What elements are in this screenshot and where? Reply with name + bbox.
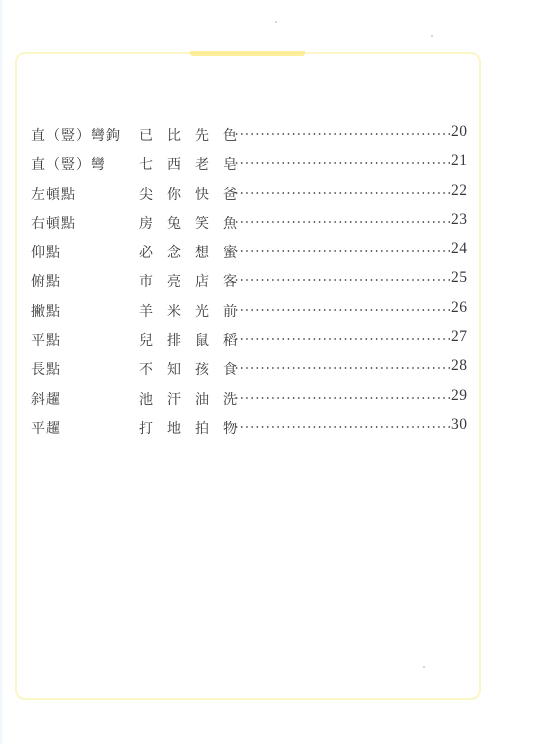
dot-leader	[234, 367, 451, 369]
toc-entry[interactable]: 斜趯 池 汗 油 洗 29	[0, 386, 534, 415]
example-char: 排	[167, 330, 195, 350]
stroke-name: 撇點	[31, 301, 61, 321]
stroke-name: 仰點	[31, 242, 61, 262]
example-char: 稻	[223, 330, 251, 350]
page-number: 25	[451, 269, 468, 287]
example-char: 西	[167, 154, 195, 174]
example-characters: 不 知 孩 食	[139, 359, 251, 379]
dot-leader	[234, 279, 451, 281]
example-characters: 打 地 拍 物	[139, 418, 251, 438]
dot-leader	[234, 397, 451, 399]
toc-entry[interactable]: 直（豎）彎 七 西 老 皂 21	[0, 151, 534, 180]
dot-leader	[234, 309, 451, 311]
dot-leader	[234, 250, 451, 252]
example-char: 魚	[223, 213, 251, 233]
toc-entry[interactable]: 俯點 市 亮 店 客 25	[0, 268, 534, 297]
example-characters: 市 亮 店 客	[139, 271, 251, 291]
example-char: 物	[223, 418, 251, 438]
example-char: 店	[195, 271, 223, 291]
example-char: 蜜	[223, 242, 251, 262]
example-char: 先	[195, 125, 223, 145]
example-char: 快	[195, 184, 223, 204]
example-char: 比	[167, 125, 195, 145]
example-char: 必	[139, 242, 167, 262]
example-char: 地	[167, 418, 195, 438]
example-char: 油	[195, 389, 223, 409]
example-char: 你	[167, 184, 195, 204]
example-char: 打	[139, 418, 167, 438]
example-char: 念	[167, 242, 195, 262]
example-char: 尖	[139, 184, 167, 204]
example-char: 笑	[195, 213, 223, 233]
example-characters: 池 汗 油 洗	[139, 389, 251, 409]
example-char: 想	[195, 242, 223, 262]
example-char: 兒	[139, 330, 167, 350]
page-number: 29	[451, 387, 468, 405]
stroke-name: 直（豎）彎鉤	[31, 125, 121, 145]
example-char: 亮	[167, 271, 195, 291]
example-char: 池	[139, 389, 167, 409]
frame-top-tab	[190, 51, 305, 56]
example-characters: 房 兔 笑 魚	[139, 213, 251, 233]
page-number: 20	[451, 123, 468, 141]
example-char: 客	[223, 271, 251, 291]
stroke-name: 長點	[31, 359, 61, 379]
example-characters: 尖 你 快 爸	[139, 184, 251, 204]
example-char: 老	[195, 154, 223, 174]
stroke-name: 俯點	[31, 271, 61, 291]
example-char: 市	[139, 271, 167, 291]
dot-leader	[234, 192, 451, 194]
example-characters: 羊 米 光 前	[139, 301, 251, 321]
toc-entry[interactable]: 長點 不 知 孩 食 28	[0, 356, 534, 385]
page-number: 27	[451, 328, 468, 346]
scan-speck	[431, 35, 433, 37]
example-char: 皂	[223, 154, 251, 174]
stroke-name: 右頓點	[31, 213, 76, 233]
page-number: 26	[451, 299, 468, 317]
stroke-name: 平趯	[31, 418, 61, 438]
example-characters: 七 西 老 皂	[139, 154, 251, 174]
toc-entry[interactable]: 平點 兒 排 鼠 稻 27	[0, 327, 534, 356]
example-char: 色	[223, 125, 251, 145]
toc-entry[interactable]: 仰點 必 念 想 蜜 24	[0, 239, 534, 268]
example-char: 米	[167, 301, 195, 321]
example-characters: 必 念 想 蜜	[139, 242, 251, 262]
toc-entry[interactable]: 平趯 打 地 拍 物 30	[0, 415, 534, 444]
example-characters: 兒 排 鼠 稻	[139, 330, 251, 350]
example-char: 不	[139, 359, 167, 379]
stroke-name: 直（豎）彎	[31, 154, 106, 174]
toc-entry[interactable]: 左頓點 尖 你 快 爸 22	[0, 181, 534, 210]
scan-speck	[275, 21, 277, 23]
page-number: 28	[451, 357, 468, 375]
example-char: 兔	[167, 213, 195, 233]
toc-entry[interactable]: 右頓點 房 兔 笑 魚 23	[0, 210, 534, 239]
stroke-name: 平點	[31, 330, 61, 350]
example-char: 已	[139, 125, 167, 145]
example-characters: 已 比 先 色	[139, 125, 251, 145]
dot-leader	[234, 426, 451, 428]
table-of-contents: 直（豎）彎鉤 已 比 先 色 20 直（豎）彎 七 西 老 皂 21 左頓點 尖…	[0, 122, 534, 444]
dot-leader	[234, 133, 451, 135]
example-char: 七	[139, 154, 167, 174]
dot-leader	[234, 221, 451, 223]
page-number: 21	[451, 152, 468, 170]
example-char: 拍	[195, 418, 223, 438]
toc-entry[interactable]: 撇點 羊 米 光 前 26	[0, 298, 534, 327]
dot-leader	[234, 162, 451, 164]
stroke-name: 斜趯	[31, 389, 61, 409]
scan-speck	[423, 666, 425, 668]
example-char: 知	[167, 359, 195, 379]
toc-entry[interactable]: 直（豎）彎鉤 已 比 先 色 20	[0, 122, 534, 151]
stroke-name: 左頓點	[31, 184, 76, 204]
example-char: 洗	[223, 389, 251, 409]
example-char: 鼠	[195, 330, 223, 350]
example-char: 食	[223, 359, 251, 379]
page-number: 23	[451, 211, 468, 229]
page-number: 30	[451, 416, 468, 434]
example-char: 前	[223, 301, 251, 321]
example-char: 爸	[223, 184, 251, 204]
page-number: 24	[451, 240, 468, 258]
example-char: 房	[139, 213, 167, 233]
example-char: 汗	[167, 389, 195, 409]
example-char: 光	[195, 301, 223, 321]
dot-leader	[234, 338, 451, 340]
example-char: 孩	[195, 359, 223, 379]
page-number: 22	[451, 182, 468, 200]
example-char: 羊	[139, 301, 167, 321]
